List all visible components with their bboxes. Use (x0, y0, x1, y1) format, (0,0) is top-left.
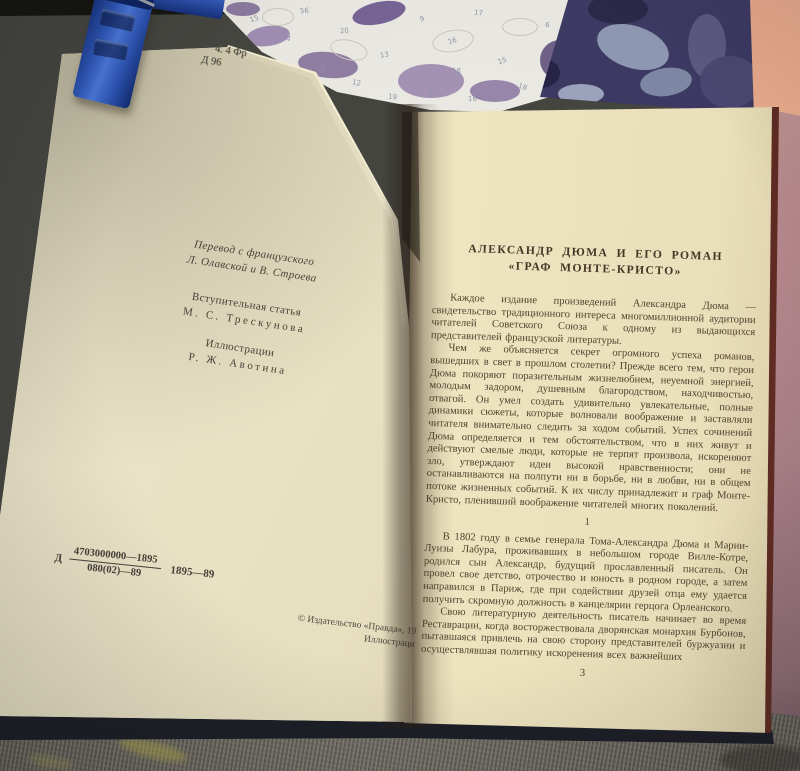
book-photo-scene: 154312191018165620139161518619121716 АЛЕ… (0, 0, 800, 771)
photo-vignette (0, 0, 800, 771)
